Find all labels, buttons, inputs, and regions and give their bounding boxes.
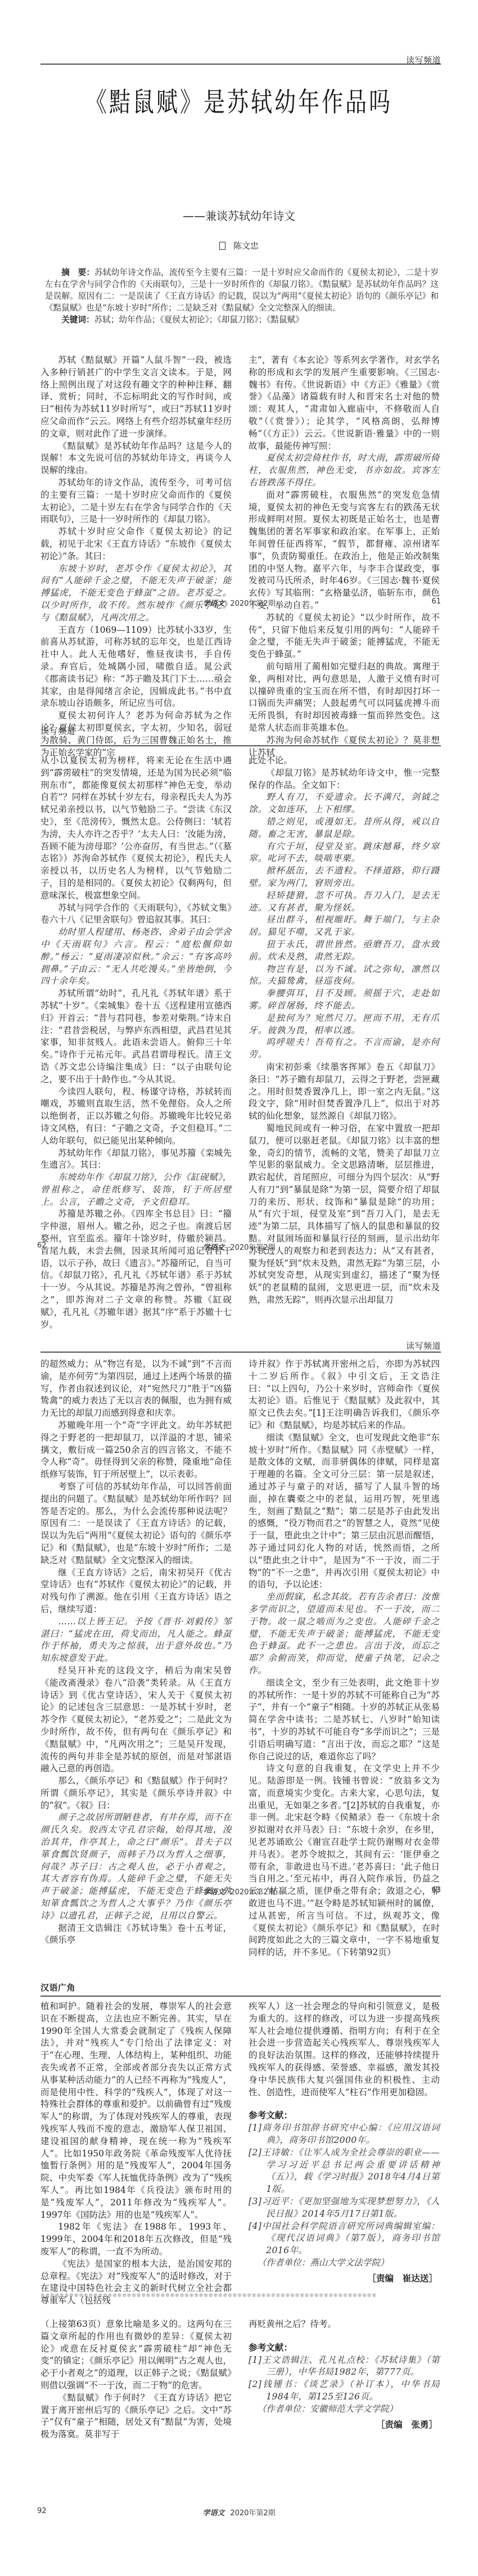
paragraph: （上接第63页）意象比喻是多义的。这两句在三篇文章所起的作用也有微妙的差异：《夏… [40, 2318, 232, 2392]
author-box-icon [219, 242, 226, 250]
references-title: 参考文献： [249, 2110, 440, 2122]
issue-label: 2020年第2期 [230, 1244, 275, 1252]
article-title: 《黠鼠赋》是苏轼幼年作品吗 [0, 80, 478, 119]
poem-stanza: 野人有刀，不爱遗余。长不满尺，剑钺之馀。文如连环，上下相缪。 [249, 791, 440, 816]
paragraph: 此处不论。 [249, 755, 440, 767]
paragraph: 《却鼠刀铭》是苏轼幼年诗文中，惟一完整保存的作品。全文如下： [249, 767, 440, 792]
reference-item: [1]商务印书馆辞书研究中心编：《应用汉语词典》，商务印书馆2000年。 [249, 2122, 440, 2147]
abstract-label: 摘 要： [61, 268, 94, 277]
page-footer: 学语文2020年第2期 [0, 597, 478, 608]
lower-left-column: （上接第63页）意象比喻是多义的。这两句在三篇文章所起的作用也有微妙的差异：《夏… [40, 2318, 232, 2441]
paragraph: 苏轼幼年作《却鼠刀铭》，事见苏籀《栾城先生遗言》。其曰： [40, 1147, 232, 1172]
magazine-name: 学语文 [202, 1244, 224, 1252]
section-divider: ❊❊❊❊❊❊❊❊❊❊❊❊❊❊❊❊❊❊❊❊❊❊❊❊❊❊❊❊❊❊❊❊❊❊❊❊❊❊❊❊… [40, 2293, 441, 2299]
abstract-block: 摘 要：苏轼幼年诗文作品，流传至今主要有三篇：一是十岁时应父命而作的《夏侯太初论… [45, 267, 439, 326]
magazine-name: 学语文 [202, 1888, 224, 1897]
poem-stanza: 昼出群斗，相视睢盱。舞于端门，与主杂居。猫见不噬，又乳于家。 [249, 914, 440, 939]
page-footer: 学语文2020年第2期 [0, 2507, 478, 2518]
poem-stanza: 物岂有是，以为不诚。试之弥旬，凛然以惊。夫猫鸷禽，昼巡夜伺。 [249, 963, 440, 988]
author-line: 陈文忠 [0, 240, 478, 251]
page-footer: 学语文2020年第2期 [0, 1886, 478, 1897]
section-label: 读写频道 [406, 1340, 441, 1352]
paragraph: 苏轼十岁时应父命作《夏侯太初论》的记载，初见于北宋《王直方诗话》“东坡作《夏侯太… [40, 526, 232, 562]
left-column: 的超然威力；从“物岂有是，以为不诚”到“不言而谕，是亦何劳”为第四层，通过上述两… [40, 1358, 232, 1947]
right-column: 诗并叙》作于苏轼离开密州之后，亦即为苏轼四十二岁后所作。《叙》中引文后，王文诰注… [249, 1358, 440, 1959]
paragraph: 《黠鼠赋》是苏轼幼年作品吗？这是今人的误解！本文先说可信的苏轼幼年诗文，再谈今人… [40, 440, 232, 477]
paragraph: 从小以夏侯太初为榜样，将来无论在生活中遇到“霹雳破柱”的突发情境，还是为国为民必… [40, 755, 232, 902]
poem-stanza: 掀杯舐缶，去不遗粒。不择道路，仰行蹑壁。家为两门，窘则旁出。 [249, 865, 440, 890]
upper-right-column: 疾军人）这一社会理念的导向和引领意义，是极为重大的。这样的修改，可以为进一步提高… [249, 2001, 440, 2285]
paragraph: 南宋初彭乘《续墨客挥犀》卷五《却鼠刀》条曰：“苏子瞻有却鼠刀，云得之于野老，尝匣… [249, 1061, 440, 1123]
issue-label: 2020年第2期 [230, 2509, 275, 2518]
poem-stanza: 轻矫捷猾，忽不可执。吾刀入门，是去无迹。又有甚者，聚为怪妖。 [249, 890, 440, 915]
author-name: 陈文忠 [233, 241, 259, 251]
block-quote: ……以上皆王记。予按《晋书·刘毅传》邹湛曰：“猛虎在田，荷戈而出，凡人能之。蜂虿… [40, 1616, 232, 1665]
section-label: 汉语广角 [40, 1981, 75, 1993]
keywords-text: 苏轼；幼年作品；《夏侯太初论》；《却鼠刀铭》；《黠鼠赋》 [94, 315, 304, 325]
reference-item: [2]王诗敏：《让军人成为全社会尊崇的职业——学习习近平总书记两会重要讲话精神（… [249, 2147, 440, 2196]
poem-stanza: 是独何为？宛然尺刀。匣而不用，无有爪牙。彼孰为畏，相率以逃。 [249, 1012, 440, 1037]
page-92: 汉语广角 植和呵护。随着社会的发展，尊崇军人的社会意识在不断提高，立法也应不断完… [0, 1932, 478, 2576]
poem-stanza: 狃于永氏，谓世皆然。亟磨吾刀，盘水致前。炊未及熟，肃然无踪。 [249, 939, 440, 963]
paragraph: 细读全文，至少有三处表明，此文绝非十岁的苏轼所作：一是十岁的苏轼不可能称自己为“… [249, 1677, 440, 1763]
reference-item: [2]钱锺书：《谈艺录》（补订本），中华书局1984年，第125至126页。 [249, 2379, 440, 2403]
references-title: 参考文献： [249, 2342, 440, 2354]
article-subtitle: ——兼谈苏轼幼年诗文 [0, 207, 478, 223]
page-number: 61 [431, 597, 441, 606]
paragraph: 考察了可信的苏轼幼年作品，可以回答前面提出的问题了。《黠鼠赋》是苏轼幼年所作吗？… [40, 1481, 232, 1567]
header-rule [40, 1996, 441, 1997]
paragraph: 《宪法》是国家的根本大法，是治国安邦的总章程。《宪法》对“残废军人”的适时修改，… [40, 2258, 232, 2307]
paragraph: 继《王直方诗话》之后，南宋初吴幵《优古堂诗话》也有“苏轼作《夏侯太初论》”的记载… [40, 1567, 232, 1616]
block-quote: 颜子之故居所谓陋巷者，有井存焉，而不在颜氏久矣。胶西太守孔君宗翰，始得其地，浚治… [40, 1812, 232, 1922]
block-quote: 夏侯太初尝倚柱作书，时大雨，霹雳破所倚柱，衣服焦然，神色无变，书亦如故。宾客左右… [249, 452, 440, 489]
block-quote: 坐而假寐，私念其故。若有告余者曰：汝惟多学而识之，望道而未见也。不一于汝，而二于… [249, 1591, 440, 1677]
paragraph: 主”，著有《本玄论》等系列玄学著作，对玄学名称的形成和玄学的发展产生重要影响。《… [249, 354, 440, 452]
paragraph: 蜀地民间或有一种习俗，在家中置放一把却鼠刀，便可以驱赶老鼠。《却鼠刀铭》以丰富的… [249, 1123, 440, 1307]
reference-item: [4]中国社会科学院语言研究所词典编辑室编：《现代汉语词典》（第7版），商务印书… [249, 2221, 440, 2257]
paragraph: 再贬黄州之后？待考。 [249, 2318, 440, 2331]
editor-credit: ［责编 张勇］ [249, 2419, 440, 2431]
magazine-name: 学语文 [202, 2509, 224, 2518]
paragraph: 那么，《颜乐亭记》和《黠鼠赋》作于何时？所谓《颜乐亭记》，其实是《颜乐亭诗并叙》… [40, 1775, 232, 1812]
poem-stanza: 拳腰弭耳，目不及顾。须摇于穴，走赴如雾。碎首屠肠，终不能去。 [249, 988, 440, 1012]
author-affiliation: （作者单位：燕山大学文法学院） [249, 2257, 440, 2269]
page-footer: 学语文2020年第2期 [0, 1241, 478, 1252]
block-quote: 幼时里人程建用、杨尧咨、舍弟子由会学舍中《天雨联句》六言。程云：“庭松偃仰如醉。… [40, 926, 232, 988]
upper-left-column: 植和呵护。随着社会的发展，尊崇军人的社会意识在不断提高，立法也应不断完善。其实，… [40, 2001, 232, 2307]
paragraph: 苏轼幼年的诗文作品，流传至今，可考可信的主要有三篇：一是十岁时应父命而作的《夏侯… [40, 477, 232, 526]
author-affiliation: （作者单位：安徽师范大学文学院） [249, 2403, 440, 2416]
block-quote: 东坡幼年作《却鼠刀铭》，公作《缸砚赋》，曾祖称之，命佳纸修写、装饰，钉于所居壁上… [40, 1172, 232, 1208]
paragraph: 苏轼所谓“幼时”，孔凡礼《苏轼年谱》系于苏轼“十岁”。《栾城集》卷十五《送程建用… [40, 988, 232, 1086]
paragraph: 的超然威力；从“物岂有是，以为不诚”到“不言而谕，是亦何劳”为第四层，通过上述两… [40, 1358, 232, 1420]
page-62: 读写频道 从小以夏侯太初为榜样，将来无论在生活中遇到“霹雳破柱”的突发情境，还是… [0, 644, 478, 1288]
header-rule [40, 745, 441, 746]
editor-credit: ［责编 崔达送］ [249, 2273, 440, 2285]
paragraph: 《黠鼠赋》作于何时？《王直方诗话》把它置于离开密州后写的《颜乐亭记》之后。文中“… [40, 2392, 232, 2441]
section-label: 读写频道 [40, 725, 75, 737]
header-rule [40, 64, 441, 65]
paragraph: 1982年《宪法》在1988年、1993年、1999年、2004年和2018年五… [40, 2221, 232, 2258]
paragraph: 苏轼与同学合作的《天雨联句》，《苏轼文集》卷六十八《记里舍联句》曾追叙其事。其曰… [40, 902, 232, 927]
block-quote: 东坡十岁时，老苏令作《夏侯太初论》，其间有“人能碎千金之璧，不能无失声于破釜；能… [40, 563, 232, 624]
paragraph: 诗并叙》作于苏轼离开密州之后，亦即为苏轼四十二岁后所作。《叙》中引文后，王文诰注… [249, 1358, 440, 1432]
reference-item: [3]习近平：《更加坚强地为实现梦想努力》，《人民日报》2014年5月17日第1… [249, 2196, 440, 2221]
poem-stanza: 有穴于垣，侵堂及室。跳床撼幕，终夕窣窣。叱诃不去，啖啮枣栗。 [249, 841, 440, 866]
paragraph: 苏轼《黠鼠赋》开篇“人鼠斗智”一段，被选入多种行销甚广的中学生文言文读本。于是，… [40, 354, 232, 440]
abstract-text: 苏轼幼年诗文作品，流传至今主要有三篇：一是十岁时应父命而作的《夏侯太初论》，二是… [45, 268, 439, 313]
poem-stanza: 错之则见，或漫如无。昔所从得，戒以自随。畜之无害，暴鼠是除。 [249, 816, 440, 841]
poem-stanza: 呜呼嗟夫！吾苟有之。不言而谕，是亦何劳。 [249, 1037, 440, 1061]
header-rule [40, 1352, 441, 1353]
paragraph: 经吴幵补充的这段文字，稍后为南宋吴曾《能改斋漫录》卷八“沿袭”类转录。从《王直方… [40, 1665, 232, 1775]
page-number: 63 [431, 1886, 441, 1894]
paragraph: 苏辙晚年用一个“奇”字评此文。幼年苏轼把得之于野老的一把却鼠刀，以洋溢的才思，铺… [40, 1420, 232, 1481]
paragraph: 细读《黠鼠赋》全文，也可发现此文绝非“东坡十岁时”所作。《黠鼠赋》同《赤壁赋》一… [249, 1432, 440, 1591]
page-63: 读写频道 的超然威力；从“物岂有是，以为不诚”到“不言而谕，是亦何劳”为第四层，… [0, 1288, 478, 1932]
paragraph: 诗文句意的自我重复，在文学史上并不少见。陆游即是一例。钱锺书曾说：“放翁多文为富… [249, 1763, 440, 1959]
issue-label: 2020年第2期 [230, 1888, 275, 1897]
paragraph: 植和呵护。随着社会的发展，尊崇军人的社会意识在不断提高，立法也应不断完善。其实，… [40, 2001, 232, 2221]
paragraph: 疾军人）这一社会理念的导向和引领意义，是极为重大的。这样的修改，可以为进一步提高… [249, 2001, 440, 2098]
reference-item: [1]王文诰辑注、孔凡礼点校：《苏轼诗集》（第三册），中华书局1982年，第77… [249, 2354, 440, 2379]
magazine-name: 学语文 [202, 600, 224, 608]
lower-right-column: 再贬黄州之后？待考。 参考文献： [1]王文诰辑注、孔凡礼点校：《苏轼诗集》（第… [249, 2318, 440, 2431]
issue-label: 2020年第2期 [230, 600, 275, 608]
paragraph: 今读四人联句，程、杨谨守诗格，苏轼转而嘲戏，苏辙则直取生活，然不免俚俗。众人之所… [40, 1086, 232, 1147]
paragraph: 面对“霹雳破柱，衣服焦然”的突发危急情境，夏侯太初的神色无变与宾客左右的跌荡无状… [249, 489, 440, 612]
page-61: 读写频道 《黠鼠赋》是苏轼幼年作品吗 ——兼谈苏轼幼年诗文 陈文忠 摘 要：苏轼… [0, 0, 478, 644]
keywords-label: 关键词： [61, 315, 94, 325]
right-column: 此处不论。《却鼠刀铭》是苏轼幼年诗文中，惟一完整保存的作品。全文如下：野人有刀，… [249, 755, 440, 1307]
